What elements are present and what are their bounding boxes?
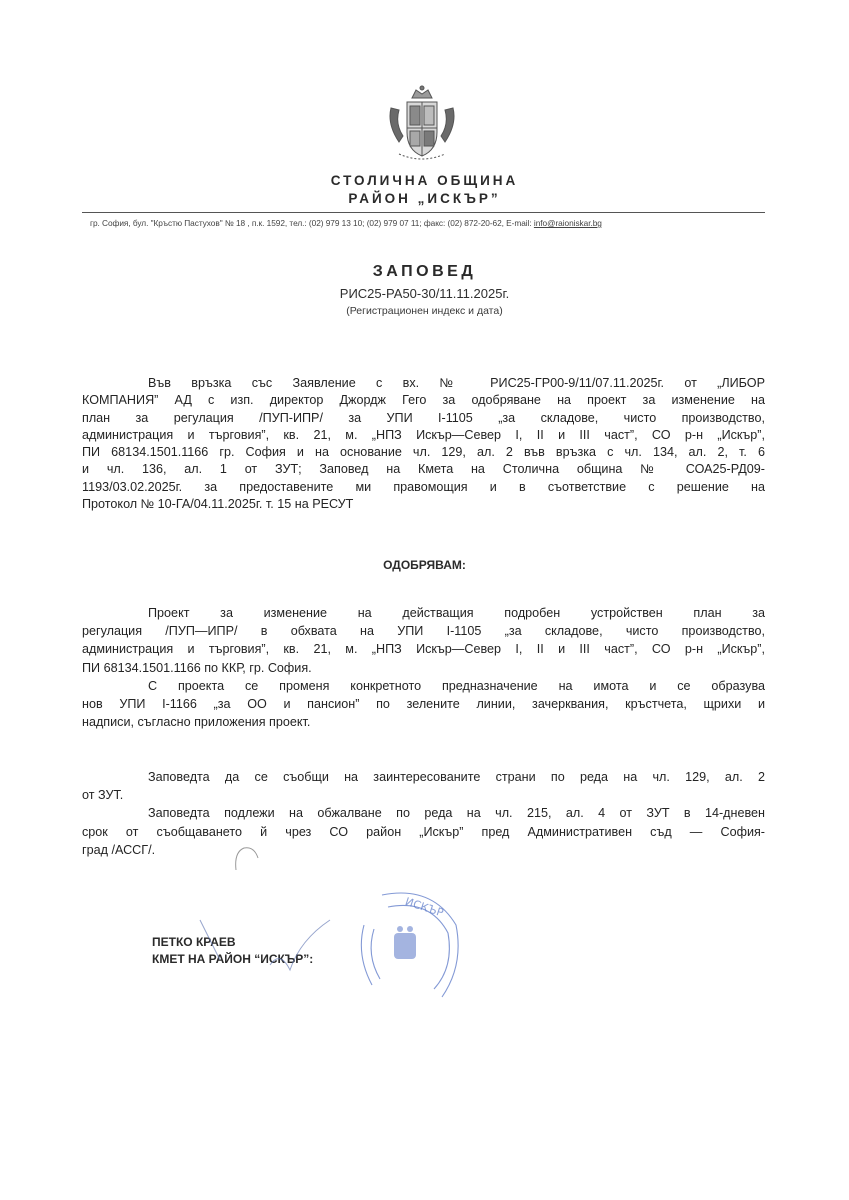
text-line: нов УПИ I-1166 „за ОО и пансион” по зеле… (82, 695, 765, 713)
text-line: администрация и търговия”, кв. 21, м. „Н… (82, 427, 765, 444)
pen-mark-icon (228, 838, 268, 878)
contact-address-line: гр. София, бул. "Кръстю Пастухов" № 18 ,… (90, 218, 602, 228)
handwritten-signature-icon (180, 910, 340, 980)
text-line: регулация /ПУП—ИПР/ в обхвата на УПИ I-1… (82, 622, 765, 640)
text-line: ПИ 68134.1501.1166 гр. София и на основа… (82, 444, 765, 461)
text-line: Проект за изменение на действащия подроб… (82, 604, 765, 622)
text-line: план за регулация /ПУП-ИПР/ за УПИ I-110… (82, 410, 765, 427)
approve-heading: ОДОБРЯВАМ: (0, 558, 849, 572)
notice-paragraph: Заповедта да се съобщи на заинтересовани… (82, 768, 765, 859)
header-divider (82, 212, 765, 213)
municipality-name: СТОЛИЧНА ОБЩИНА (0, 173, 849, 188)
registration-note: (Регистрационен индекс и дата) (0, 305, 849, 317)
text-line: Във връзка със Заявление с вх. № РИС25-Г… (82, 375, 765, 392)
registration-number: РИС25-РА50-30/11.11.2025г. (0, 286, 849, 301)
stamp-text: ИСКЪР (403, 895, 445, 920)
intro-paragraph: Във връзка със Заявление с вх. № РИС25-Г… (82, 375, 765, 513)
text-line: администрация и търговия”, кв. 21, м. „Н… (82, 640, 765, 658)
text-line: Протокол № 10-ГА/04.11.2025г. т. 15 на Р… (82, 496, 765, 513)
address-text: гр. София, бул. "Кръстю Пастухов" № 18 ,… (90, 218, 534, 228)
document-page: СТОЛИЧНА ОБЩИНА РАЙОН „ИСКЪР” гр. София,… (0, 0, 849, 1200)
text-line: 1193/03.02.2025г. за предоставените ми п… (82, 479, 765, 496)
email-link[interactable]: info@raioniskar.bg (534, 218, 602, 228)
official-round-stamp-icon: ИСКЪР (352, 885, 464, 1007)
text-line: С проекта се променя конкретното предназ… (82, 677, 765, 695)
document-title: ЗАПОВЕД (0, 263, 849, 281)
text-line: Заповедта да се съобщи на заинтересовани… (82, 768, 765, 786)
text-line: Заповедта подлежи на обжалване по реда н… (82, 804, 765, 822)
text-line: от ЗУТ. (82, 786, 765, 804)
text-line: и чл. 136, ал. 1 от ЗУТ; Заповед на Кмет… (82, 461, 765, 478)
sofia-coat-of-arms-icon (385, 84, 459, 164)
district-name: РАЙОН „ИСКЪР” (0, 191, 849, 206)
text-line: срок от съобщаването й чрез СО район „Ис… (82, 823, 765, 841)
text-line: КОМПАНИЯ” АД с изп. директор Джордж Гего… (82, 392, 765, 409)
text-line: ПИ 68134.1501.1166 по ККР, гр. София. (82, 659, 765, 677)
text-line: град /АССГ/. (82, 841, 765, 859)
project-paragraph: Проект за изменение на действащия подроб… (82, 604, 765, 731)
text-line: надписи, съгласно приложения проект. (82, 713, 765, 731)
